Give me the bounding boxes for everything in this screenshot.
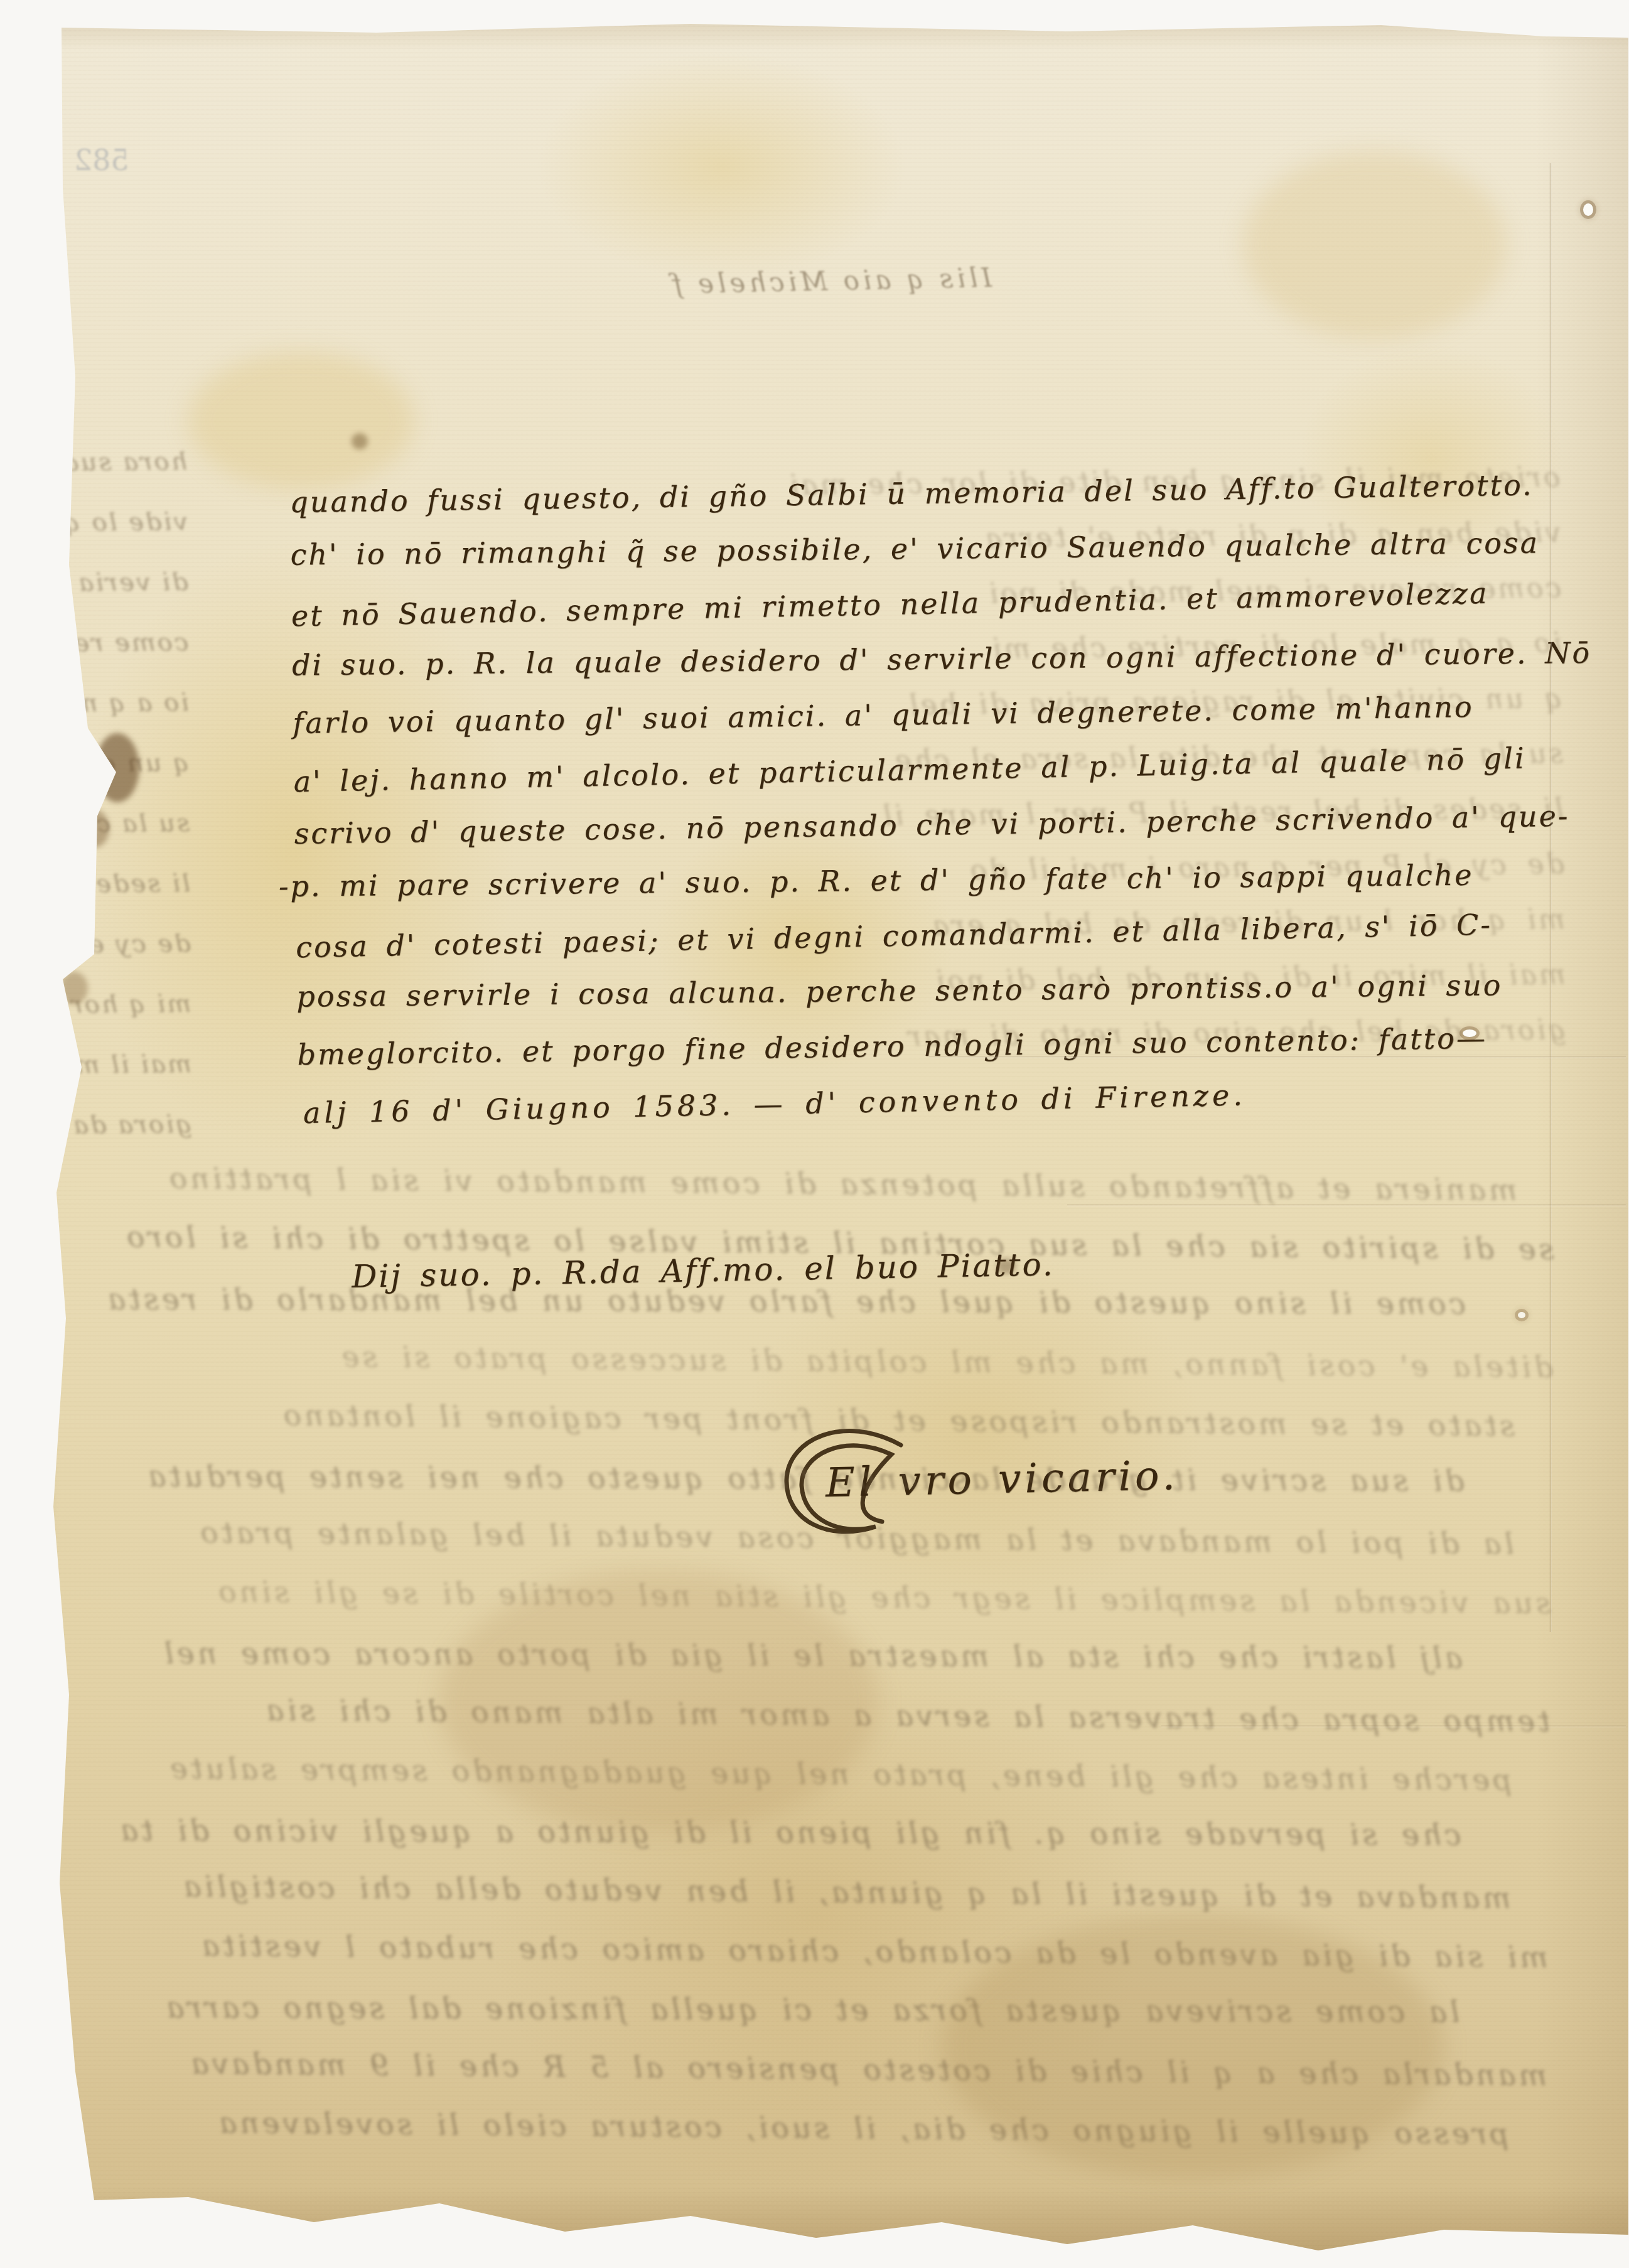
show-through-fragment: vide lo q il — [24, 492, 188, 553]
vertical-crease — [1549, 163, 1552, 1632]
show-through-fragment: hora sua — [24, 431, 188, 493]
worm-hole — [1583, 203, 1593, 216]
horizontal-crease — [1161, 1725, 1626, 1728]
stain — [942, 1915, 1444, 2178]
show-through-line: come il sino questo di quel che farlo ve… — [97, 1271, 1466, 1335]
show-through-line: maniera et affretando sulla potenza di c… — [98, 1149, 1517, 1220]
show-through-fragment: mai il miro — [28, 1034, 192, 1095]
horizontal-crease — [1067, 1204, 1626, 1207]
edge-stain-dark — [80, 810, 109, 847]
edge-stain-dark — [60, 972, 88, 1004]
show-through-fragment: io a q male lo — [26, 672, 190, 734]
show-through-fragment: giora da bel — [28, 1094, 192, 1156]
manuscript-scan: 582 Ilis q aio Michele f orieto mai il s… — [0, 0, 1629, 2268]
manuscript-page: 582 Ilis q aio Michele f orieto mai il s… — [0, 0, 1629, 2268]
letter-body: quando fussi questo, di gño Salbi ū memo… — [289, 457, 1554, 1137]
horizontal-crease — [929, 1056, 1626, 1058]
paper-nick — [1518, 1312, 1525, 1318]
show-through-fragment: di veria vima — [24, 552, 188, 613]
ghost-header-line: Ilis q aio Michele f — [377, 262, 992, 306]
edge-stain-dark — [95, 733, 139, 802]
paper-nick — [1463, 1029, 1476, 1037]
show-through-line: stato et se mostrando rispose et di fron… — [96, 1385, 1515, 1456]
show-through-fragment: come recava — [25, 612, 189, 674]
show-through-fragment: mi q hor l — [28, 974, 191, 1035]
ink-fleck — [997, 1259, 1016, 1274]
stain — [439, 1569, 879, 1833]
show-through-fragment: de cy el P — [27, 913, 191, 975]
show-through-fragment: li sedes — [27, 853, 191, 915]
ghost-page-number: 582 — [74, 143, 129, 177]
stain — [1243, 151, 1507, 339]
stain — [188, 352, 414, 490]
show-through-line: di sua scrive it grande lasciando fatto … — [95, 1448, 1464, 1512]
